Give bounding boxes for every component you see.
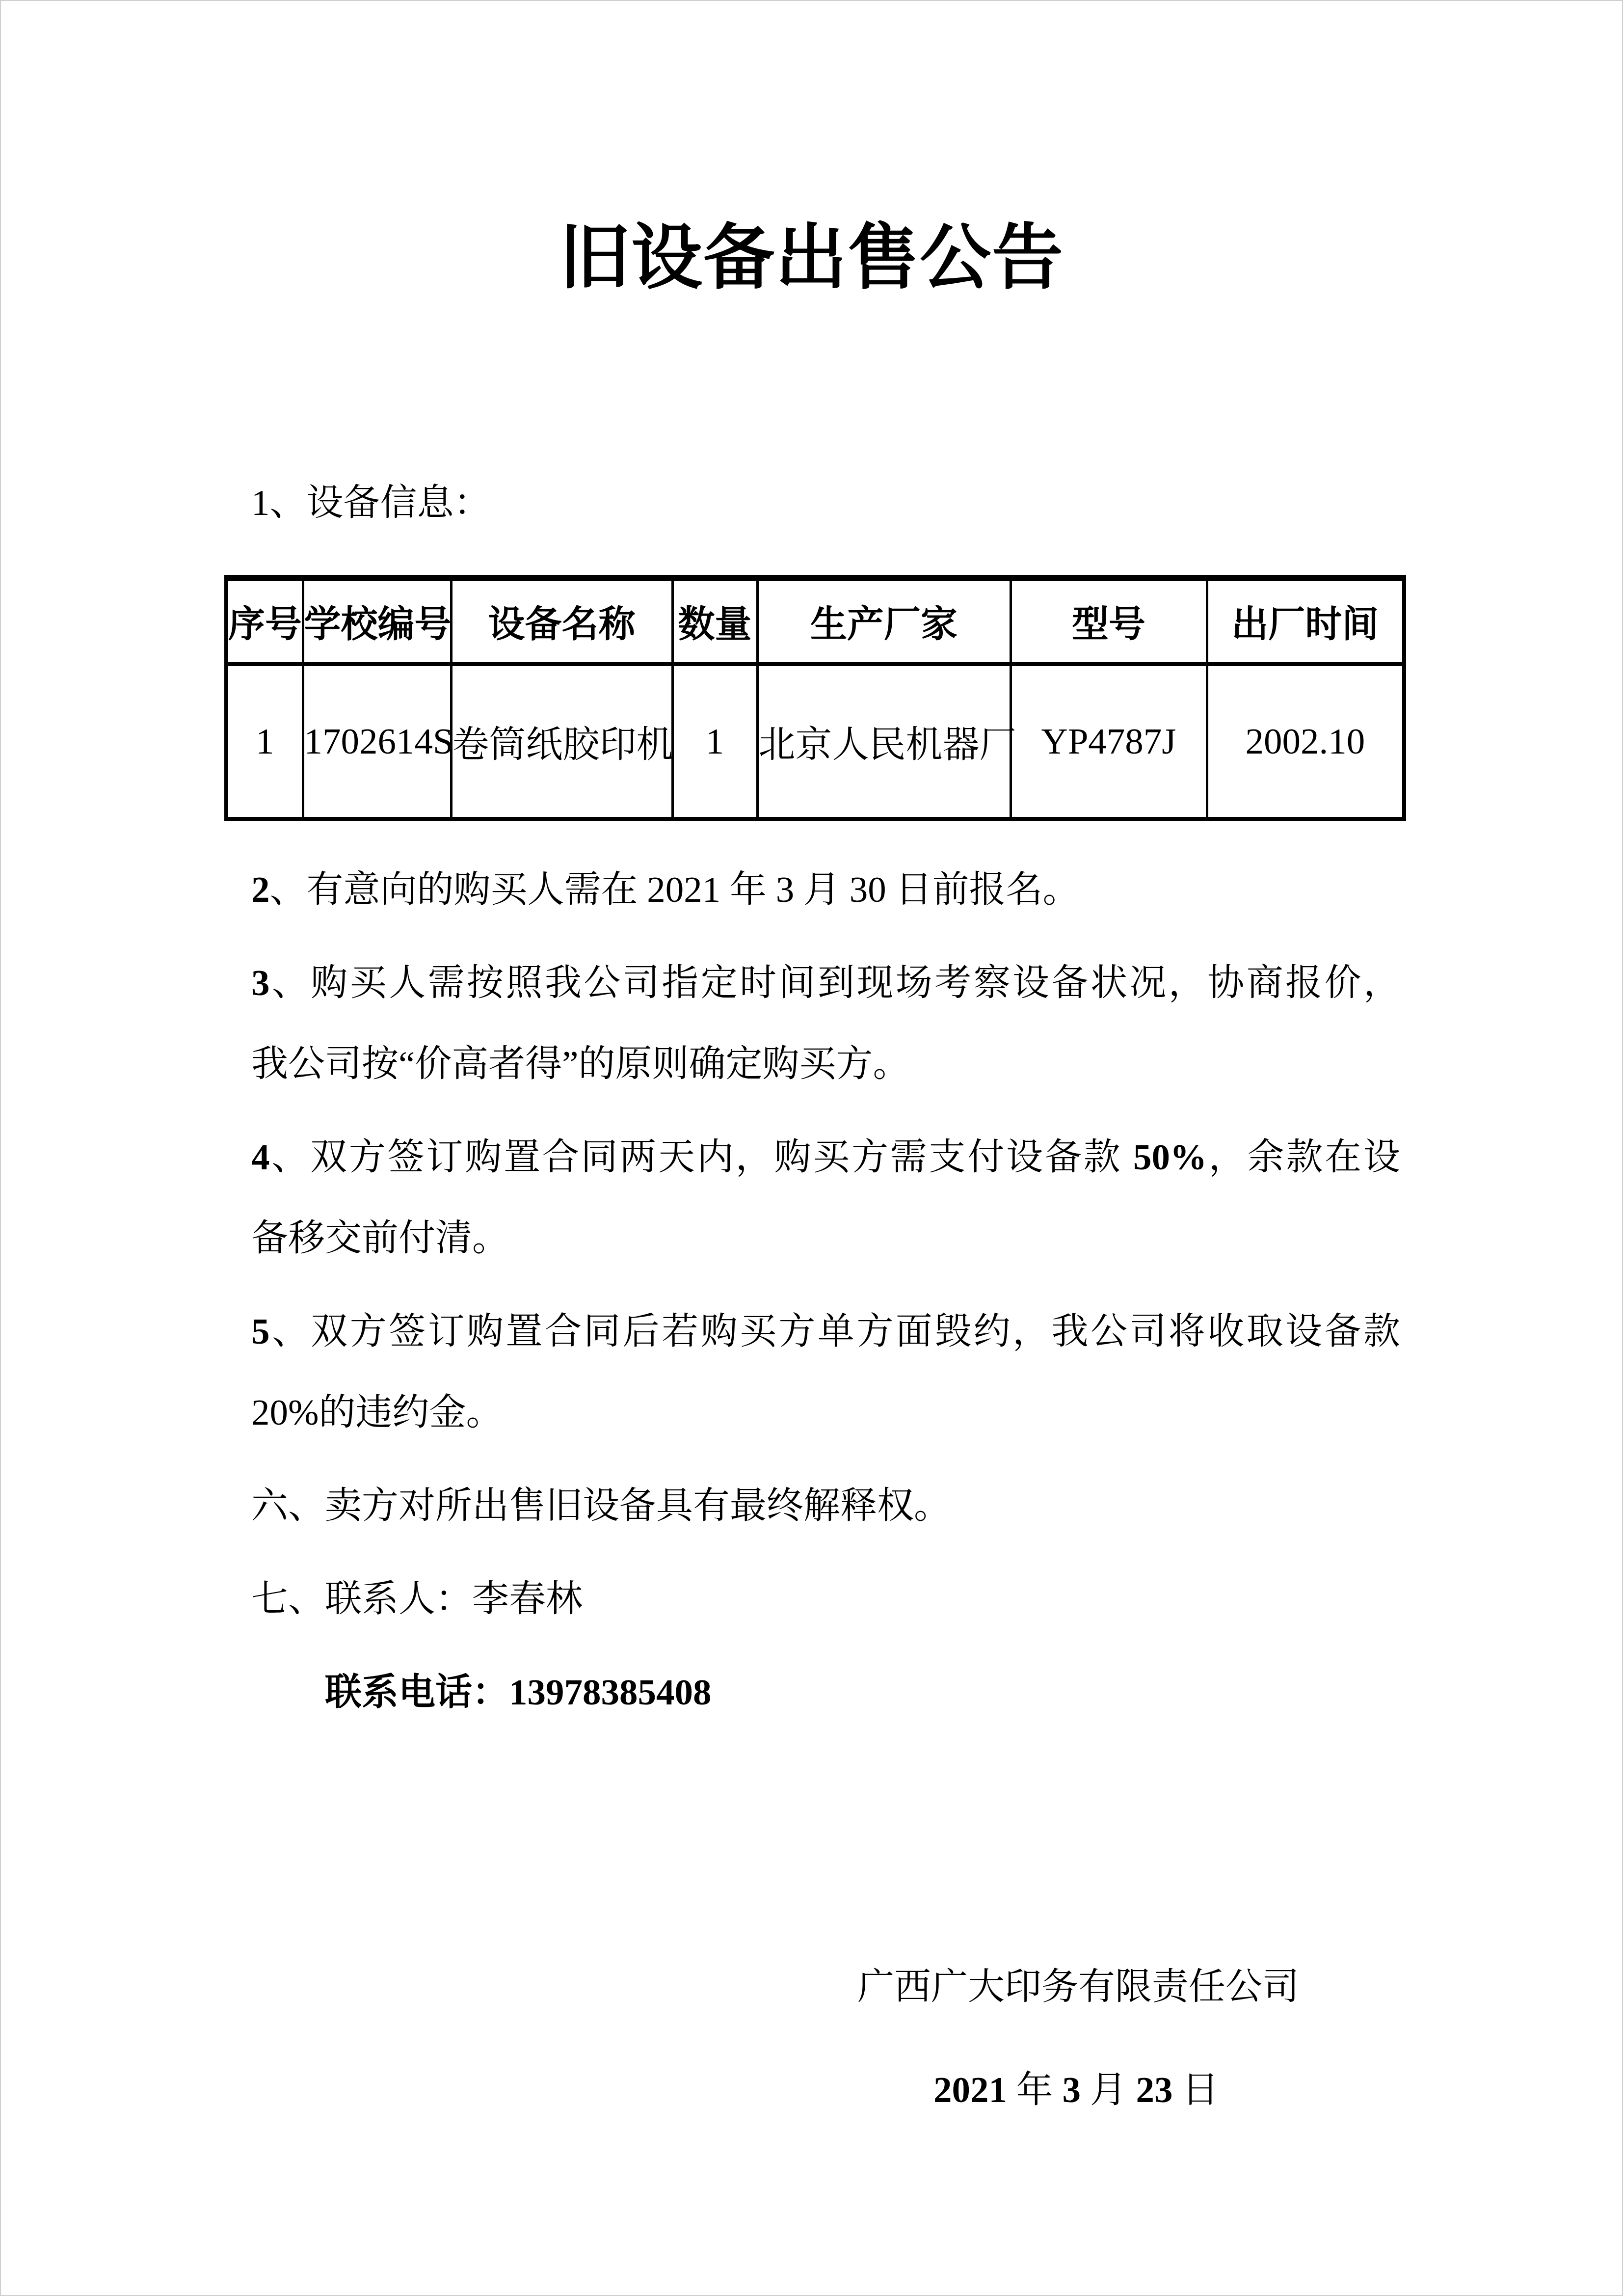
signature-date-day: 23: [1136, 2070, 1173, 2110]
header-production-date: 出厂时间: [1207, 578, 1404, 664]
signature-date: 2021 年 3 月 23 日: [224, 2050, 1400, 2131]
paragraph-4-line1-text-a: 、双方签订购置合同两天内，购买方需支付设备款: [270, 1137, 1134, 1178]
paragraph-4-line1: 4、双方签订购置合同两天内，购买方需支付设备款 50%，余款在设: [251, 1117, 1400, 1198]
paragraph-3: 3、购买人需按照我公司指定时间到现场考察设备状况，协商报价， 我公司按“价高者得…: [224, 943, 1400, 1105]
paragraph-6: 六、卖方对所出售旧设备具有最终解释权。: [224, 1465, 1400, 1546]
cell-model: YP4787J: [1011, 664, 1207, 819]
signature-company: 广西广大印务有限责任公司: [224, 1946, 1400, 2027]
paragraph-4-percent: 50%: [1133, 1137, 1207, 1178]
paragraph-2: 2、有意向的购买人需在 2021 年 3 月 30 日前报名。: [224, 849, 1400, 930]
paragraph-7: 七、联系人：李春林: [224, 1559, 1400, 1640]
table-header-row: 序号 学校编号 设备名称 数量 生产厂家 型号 出厂时间: [226, 578, 1404, 664]
contact-phone-line: 联系电话：13978385408: [224, 1652, 1400, 1733]
signature-date-month-unit: 月: [1081, 2070, 1136, 2110]
paragraph-7-line: 七、联系人：李春林: [251, 1559, 1400, 1640]
paragraph-5-line1: 5、双方签订购置合同后若购买方单方面毁约，我公司将收取设备款: [251, 1291, 1400, 1372]
cell-school-code: 1702614S: [303, 664, 451, 819]
paragraph-3-line1-text: 、购买人需按照我公司指定时间到现场考察设备状况，协商报价，: [270, 963, 1401, 1003]
paragraph-2-text: 、有意向的购买人需在 2021 年 3 月 30 日前报名。: [270, 869, 1080, 910]
cell-manufacturer: 北京人民机器厂: [757, 664, 1011, 819]
paragraph-4: 4、双方签订购置合同两天内，购买方需支付设备款 50%，余款在设 备移交前付清。: [224, 1117, 1400, 1279]
header-equipment-name: 设备名称: [451, 578, 672, 664]
signature-date-day-unit: 日: [1173, 2070, 1219, 2110]
paragraph-5-line2: 20%的违约金。: [251, 1372, 1400, 1453]
header-manufacturer: 生产厂家: [757, 578, 1011, 664]
cell-serial-no: 1: [226, 664, 303, 819]
paragraph-5-number: 5: [251, 1311, 270, 1352]
header-model: 型号: [1011, 578, 1207, 664]
page-title: 旧设备出售公告: [1, 216, 1622, 301]
contact-phone-number: 13978385408: [509, 1672, 712, 1713]
paragraph-4-line2: 备移交前付清。: [251, 1198, 1400, 1279]
contact-phone-label: 联系电话：: [325, 1672, 509, 1713]
document-page: 旧设备出售公告 1、设备信息： 序号 学校编号 设备名称 数量 生产厂家: [0, 0, 1623, 2296]
paragraph-4-number: 4: [251, 1137, 270, 1178]
equipment-table: 序号 学校编号 设备名称 数量 生产厂家 型号 出厂时间 1 1702614S …: [224, 575, 1406, 821]
section1-label: 1、设备信息：: [224, 462, 1400, 543]
paragraph-5: 5、双方签订购置合同后若购买方单方面毁约，我公司将收取设备款 20%的违约金。: [224, 1291, 1400, 1453]
cell-production-date: 2002.10: [1207, 664, 1404, 819]
cell-equipment-name: 卷筒纸胶印机: [451, 664, 672, 819]
paragraph-3-line1: 3、购买人需按照我公司指定时间到现场考察设备状况，协商报价，: [251, 943, 1400, 1024]
signature-date-month: 3: [1063, 2070, 1081, 2110]
paragraph-4-line1-text-b: ，余款在设: [1207, 1137, 1400, 1178]
paragraph-3-line2: 我公司按“价高者得”的原则确定购买方。: [251, 1024, 1400, 1105]
paragraph-6-line: 六、卖方对所出售旧设备具有最终解释权。: [251, 1465, 1400, 1546]
cell-quantity: 1: [672, 664, 757, 819]
header-school-code: 学校编号: [303, 578, 451, 664]
header-quantity: 数量: [672, 578, 757, 664]
signature-date-year-unit: 年: [1007, 2070, 1063, 2110]
paragraph-2-line: 2、有意向的购买人需在 2021 年 3 月 30 日前报名。: [251, 849, 1400, 930]
paragraph-2-number: 2: [251, 869, 270, 910]
table-row: 1 1702614S 卷筒纸胶印机 1 北京人民机器厂 YP4787J 2002…: [226, 664, 1404, 819]
document-content: 1、设备信息： 序号 学校编号 设备名称 数量 生产厂家 型号: [1, 462, 1622, 2131]
paragraph-3-number: 3: [251, 963, 270, 1003]
signature-date-year: 2021: [933, 2070, 1007, 2110]
paragraph-5-line1-text: 、双方签订购置合同后若购买方单方面毁约，我公司将收取设备款: [270, 1311, 1401, 1352]
header-serial-no: 序号: [226, 578, 303, 664]
